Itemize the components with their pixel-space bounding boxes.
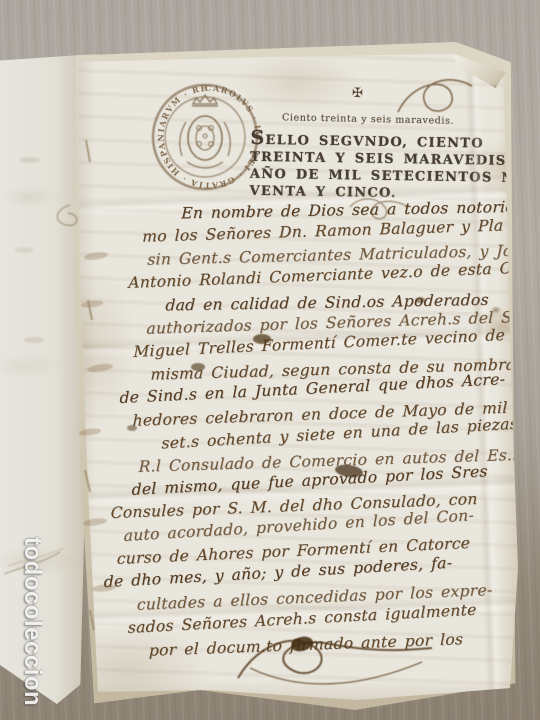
revenue-small-line: Ciento treinta y seis maravedis. — [282, 112, 454, 127]
heading-line: SELLO SEGVNDO, CIENTO — [250, 130, 535, 153]
photo-of-antique-document: CAROLVS · IV · DEI · GRATIA · HISPANIARV… — [0, 0, 540, 720]
cross-icon: ✠ — [352, 86, 363, 101]
printed-tax-heading: SELLO SEGVNDO, CIENTO TREINTA Y SEIS MAR… — [249, 130, 535, 204]
manuscript-page: CAROLVS · IV · DEI · GRATIA · HISPANIARV… — [58, 48, 523, 708]
heading-line: TREINTA Y SEIS MARAVEDIS, — [250, 149, 535, 170]
watermark-text: todocoleccion — [18, 537, 46, 706]
svg-text:CAROLVS · IV · DEI · GRATIA ·: CAROLVS · IV · DEI · GRATIA · HISPANIARV… — [146, 78, 264, 191]
seal-circular-text: CAROLVS · IV · DEI · GRATIA · HISPANIARV… — [146, 78, 264, 191]
handwritten-text-block: En nombre de Dios sea a todos notorio: C… — [90, 201, 529, 666]
royal-seal-stamp-icon: CAROLVS · IV · DEI · GRATIA · HISPANIARV… — [146, 78, 264, 196]
heading-line: AÑO DE MIL SETECIENTOS NO- — [250, 166, 535, 187]
